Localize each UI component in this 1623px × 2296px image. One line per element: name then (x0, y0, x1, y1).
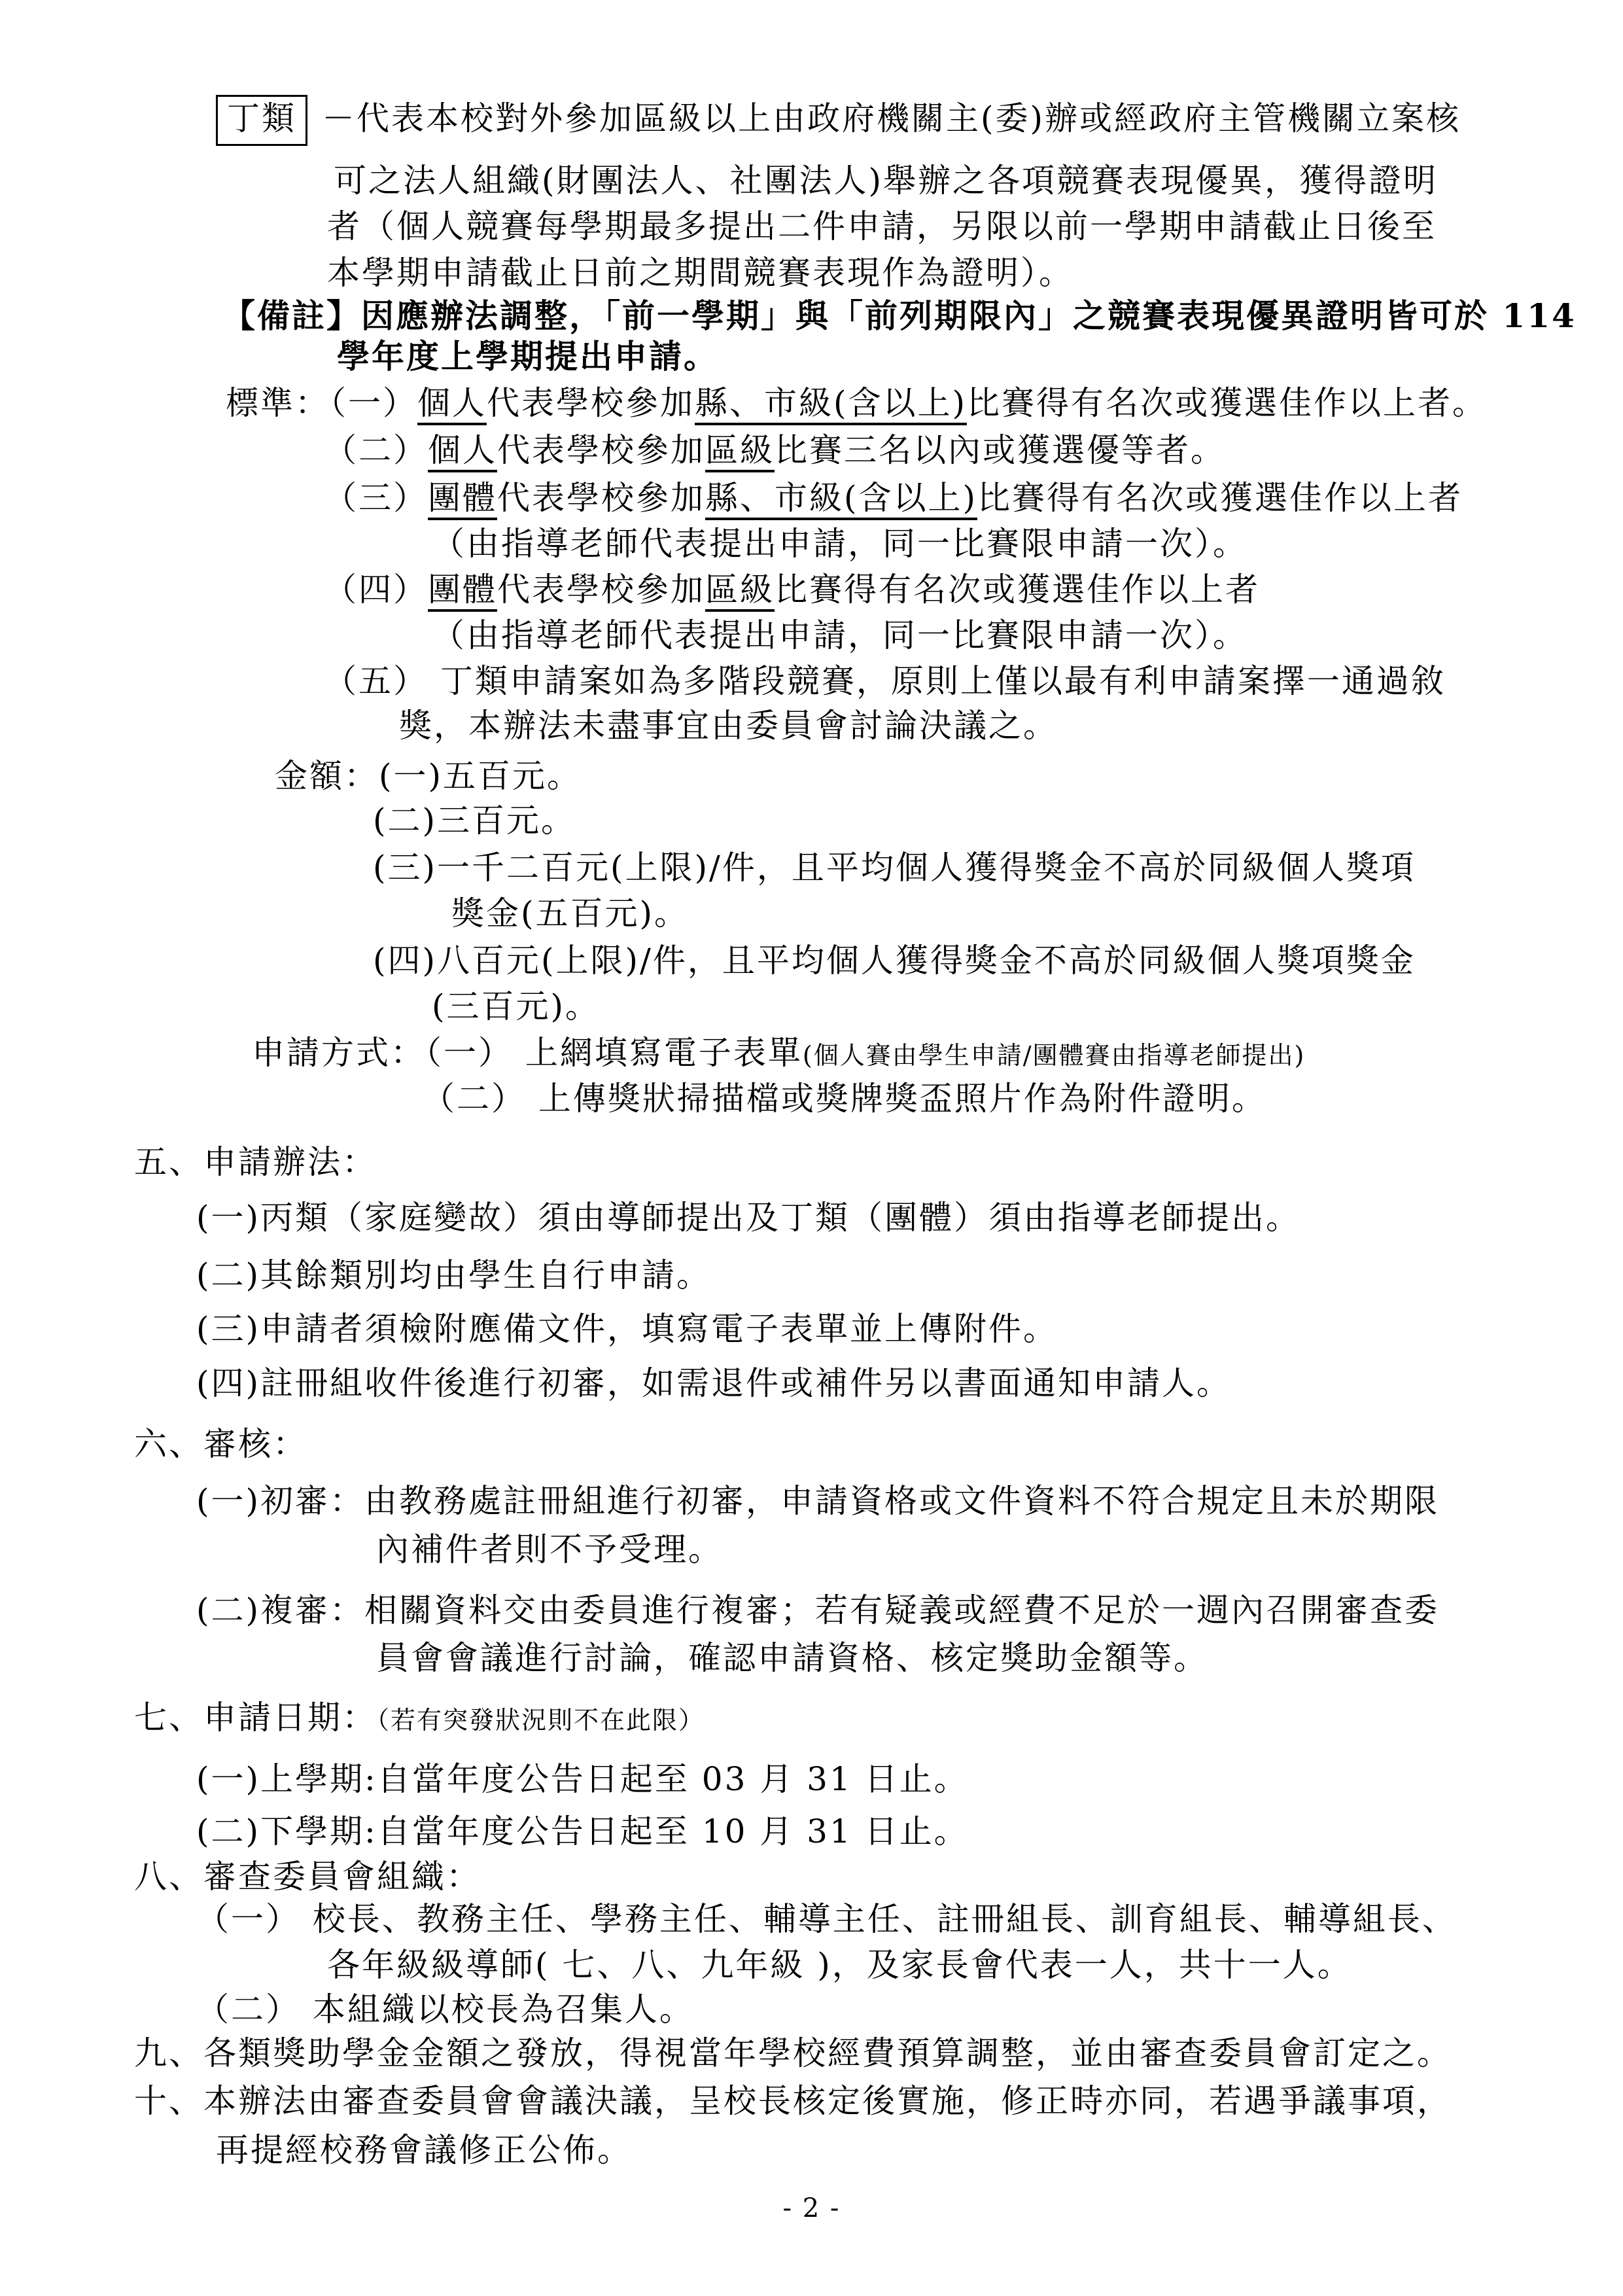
text-run: (二)其餘類別均由學生自行申請。 (196, 1256, 711, 1294)
text-run: (個人賽由學生申請/團體賽由指導老師提出) (803, 1041, 1305, 1070)
text-run: 再提經校務會議修正公佈。 (216, 2131, 632, 2169)
text-run: 比賽三名以內或獲選優等者。 (775, 431, 1225, 469)
section-8-item-1: （一） 校長、教務主任、學務主任、輔導主任、註冊組長、訓育組長、輔導組長、 (196, 1899, 1457, 1940)
text-run: 【備註】因應辦法調整，「前一學期」與「前列期限內」之競賽表現優異證明皆可於 11… (222, 296, 1577, 335)
text-run: （一） 校長、教務主任、學務主任、輔導主任、註冊組長、訓育組長、輔導組長、 (196, 1900, 1457, 1938)
amount-item-1: 金額：(一)五百元。 (275, 756, 582, 797)
text-run: 代表學校參加 (487, 384, 695, 422)
text-run: 各年級級導師( 七、八、九年級 )，及家長會代表一人，共十一人。 (327, 1946, 1352, 1984)
text-run: （若有突發狀況則不在此限） (377, 1706, 705, 1735)
text-run: 區級 (705, 431, 775, 472)
ding-class-def-line-1: 丁類－代表本校對外參加區級以上由政府機關主(委)辦或經政府主管機關立案核 (216, 98, 1461, 139)
section-5-item-4: (四)註冊組收件後進行初審，如需退件或補件另以書面通知申請人。 (196, 1363, 1231, 1404)
text-run: （四） (324, 571, 428, 609)
text-run: （五） 丁類申請案如為多階段競賽，原則上僅以最有利申請案擇一通過敘 (324, 662, 1446, 700)
text-run: 比賽得有名次或獲選佳作以上者 (775, 571, 1260, 609)
section-7-item-2: (二)下學期:自當年度公告日起至 10 月 31 日止。 (196, 1811, 969, 1852)
ding-class-def-line-4: 本學期申請截止日前之期間競賽表現作為證明）。 (327, 253, 1073, 294)
text-run: 縣、市級(含以上) (695, 384, 967, 425)
text-run: (二)三百元。 (373, 802, 576, 839)
text-run: 團體 (428, 479, 497, 520)
text-run: 區級 (705, 571, 775, 612)
text-run: (三)申請者須檢附應備文件，填寫電子表單並上傳附件。 (196, 1310, 1058, 1348)
text-run: (三百元)。 (432, 987, 600, 1025)
text-run: 學年度上學期提出申請。 (337, 337, 718, 376)
section-6-item-2: (二)複審：相關資料交由委員進行複審；若有疑義或經費不足於一週內召開審查委 (196, 1590, 1439, 1631)
text-run: 團體 (428, 571, 497, 612)
text-run: (一)丙類（家庭變故）須由導師提出及丁類（團體）須由指導老師提出。 (196, 1199, 1300, 1237)
criteria-item-5: （五） 丁類申請案如為多階段競賽，原則上僅以最有利申請案擇一通過敘 (324, 661, 1446, 702)
note-line-2: 學年度上學期提出申請。 (337, 336, 718, 378)
criteria-item-3: （三）團體代表學校參加縣、市級(含以上)比賽得有名次或獲選佳作以上者 (324, 478, 1463, 519)
text-run: 五、申請辦法： (134, 1143, 377, 1181)
amount-item-4: (四)八百元(上限)/件，且平均個人獲得獎金不高於同級個人獎項獎金 (373, 940, 1416, 981)
section-5-item-1: (一)丙類（家庭變故）須由導師提出及丁類（團體）須由指導老師提出。 (196, 1197, 1300, 1239)
text-run: 七、申請日期： (134, 1699, 377, 1737)
section-6-heading: 六、審核： (134, 1424, 307, 1465)
text-run: －代表本校對外參加區級以上由政府機關主(委)辦或經政府主管機關立案核 (322, 99, 1461, 137)
text-run: (二)複審：相關資料交由委員進行複審；若有疑義或經費不足於一週內召開審查委 (196, 1591, 1439, 1629)
ding-class-def-line-2: 可之法人組織(財團法人、社團法人)舉辦之各項競賽表現優異，獲得證明 (334, 160, 1438, 202)
text-run: 比賽得有名次或獲選佳作以上者 (977, 479, 1463, 517)
amount-item-3-cont: 獎金(五百元)。 (451, 893, 689, 934)
text-run: 申請方式：（一） 上網填寫電子表單 (252, 1034, 803, 1072)
text-run: (四)八百元(上限)/件，且平均個人獲得獎金不高於同級個人獎項獎金 (373, 942, 1416, 980)
text-run: (三)一千二百元(上限)/件，且平均個人獲得獎金不高於同級個人獎項 (373, 849, 1416, 887)
text-run: （三） (324, 479, 428, 517)
section-6-item-2-cont: 員會會議進行討論，確認申請資格、核定獎助金額等。 (376, 1638, 1208, 1679)
text-run: （二） (324, 431, 428, 469)
text-run: 九、各類獎助學金金額之發放，得視當年學校經費預算調整，並由審查委員會訂定之。 (134, 2034, 1452, 2072)
section-10: 十、本辦法由審查委員會會議決議，呈校長核定後實施，修正時亦同，若遇爭議事項， (134, 2081, 1452, 2122)
amount-item-2: (二)三百元。 (373, 800, 576, 841)
text-run: （二） 上傳獎狀掃描檔或獎牌獎盃照片作為附件證明。 (422, 1080, 1266, 1118)
section-5-item-2: (二)其餘類別均由學生自行申請。 (196, 1255, 711, 1296)
text-run: (四)註冊組收件後進行初審，如需退件或補件另以書面通知申請人。 (196, 1364, 1231, 1402)
section-5-item-3: (三)申請者須檢附應備文件，填寫電子表單並上傳附件。 (196, 1309, 1058, 1350)
text-run: 本學期申請截止日前之期間競賽表現作為證明）。 (327, 254, 1073, 292)
section-6-item-1-cont: 內補件者則不予受理。 (376, 1529, 723, 1570)
text-run: 可之法人組織(財團法人、社團法人)舉辦之各項競賽表現優異，獲得證明 (334, 162, 1438, 200)
section-7-item-1: (一)上學期:自當年度公告日起至 03 月 31 日止。 (196, 1759, 969, 1800)
criteria-item-1: 標準：（一）個人代表學校參加縣、市級(含以上)比賽得有名次或獲選佳作以上者。 (226, 383, 1487, 424)
criteria-item-5-cont: 獎，本辦法未盡事宜由委員會討論決議之。 (399, 705, 1058, 747)
text-run: (一)上學期:自當年度公告日起至 03 月 31 日止。 (196, 1760, 969, 1798)
text-run: 者（個人競賽每學期最多提出二件申請，另限以前一學期申請截止日後至 (327, 207, 1437, 245)
amount-item-4-cont: (三百元)。 (432, 986, 600, 1027)
text-run: 六、審核： (134, 1425, 307, 1463)
section-8-item-1-cont: 各年級級導師( 七、八、九年級 )，及家長會代表一人，共十一人。 (327, 1945, 1352, 1986)
text-run: （由指導老師代表提出申請，同一比賽限申請一次）。 (432, 616, 1248, 654)
page-number: - 2 - (0, 2193, 1623, 2223)
section-10-cont: 再提經校務會議修正公佈。 (216, 2130, 632, 2171)
text-run: (一)初審：由教務處註冊組進行初審，申請資格或文件資料不符合規定且未於期限 (196, 1482, 1439, 1520)
criteria-item-4: （四）團體代表學校參加區級比賽得有名次或獲選佳作以上者 (324, 569, 1260, 610)
text-run: 標準：（一） (226, 384, 417, 422)
note-line-1: 【備註】因應辦法調整，「前一學期」與「前列期限內」之競賽表現優異證明皆可於 11… (222, 296, 1577, 337)
section-8-item-2: （二） 本組織以校長為召集人。 (196, 1989, 694, 2030)
text-run: 員會會議進行討論，確認申請資格、核定獎助金額等。 (376, 1639, 1208, 1677)
section-7-heading: 七、申請日期：（若有突發狀況則不在此限） (134, 1697, 705, 1739)
text-run: 獎金(五百元)。 (451, 894, 689, 932)
section-9: 九、各類獎助學金金額之發放，得視當年學校經費預算調整，並由審查委員會訂定之。 (134, 2033, 1452, 2074)
ding-class-def-line-3: 者（個人競賽每學期最多提出二件申請，另限以前一學期申請截止日後至 (327, 206, 1437, 247)
text-run: 個人 (417, 384, 487, 425)
text-run: （由指導老師代表提出申請，同一比賽限申請一次）。 (432, 525, 1248, 563)
apply-method-item-1: 申請方式：（一） 上網填寫電子表單(個人賽由學生申請/團體賽由指導老師提出) (252, 1033, 1305, 1074)
text-run: 獎，本辦法未盡事宜由委員會討論決議之。 (399, 707, 1058, 745)
amount-item-3: (三)一千二百元(上限)/件，且平均個人獲得獎金不高於同級個人獎項 (373, 847, 1416, 889)
section-6-item-1: (一)初審：由教務處註冊組進行初審，申請資格或文件資料不符合規定且未於期限 (196, 1481, 1439, 1522)
apply-method-item-2: （二） 上傳獎狀掃描檔或獎牌獎盃照片作為附件證明。 (422, 1078, 1266, 1120)
text-run: 金額：(一)五百元。 (275, 757, 582, 795)
ding-class-box-label: 丁類 (216, 95, 307, 146)
text-run: 個人 (428, 431, 497, 472)
text-run: 比賽得有名次或獲選佳作以上者。 (967, 384, 1487, 422)
criteria-item-3-cont: （由指導老師代表提出申請，同一比賽限申請一次）。 (432, 523, 1248, 565)
criteria-item-2: （二）個人代表學校參加區級比賽三名以內或獲選優等者。 (324, 430, 1225, 471)
text-run: 內補件者則不予受理。 (376, 1530, 723, 1568)
text-run: (二)下學期:自當年度公告日起至 10 月 31 日止。 (196, 1812, 969, 1850)
text-run: 代表學校參加 (497, 479, 705, 517)
text-run: 八、審查委員會組織： (134, 1858, 481, 1896)
text-run: 十、本辦法由審查委員會會議決議，呈校長核定後實施，修正時亦同，若遇爭議事項， (134, 2082, 1452, 2120)
criteria-item-4-cont: （由指導老師代表提出申請，同一比賽限申請一次）。 (432, 615, 1248, 656)
text-run: 代表學校參加 (497, 431, 705, 469)
text-run: 代表學校參加 (497, 571, 705, 609)
section-5-heading: 五、申請辦法： (134, 1142, 377, 1183)
text-run: 縣、市級(含以上) (705, 479, 977, 520)
text-run: （二） 本組織以校長為召集人。 (196, 1990, 694, 2028)
section-8-heading: 八、審查委員會組織： (134, 1856, 481, 1898)
document-page: - 2 - 丁類－代表本校對外參加區級以上由政府機關主(委)辦或經政府主管機關立… (0, 0, 1623, 2296)
